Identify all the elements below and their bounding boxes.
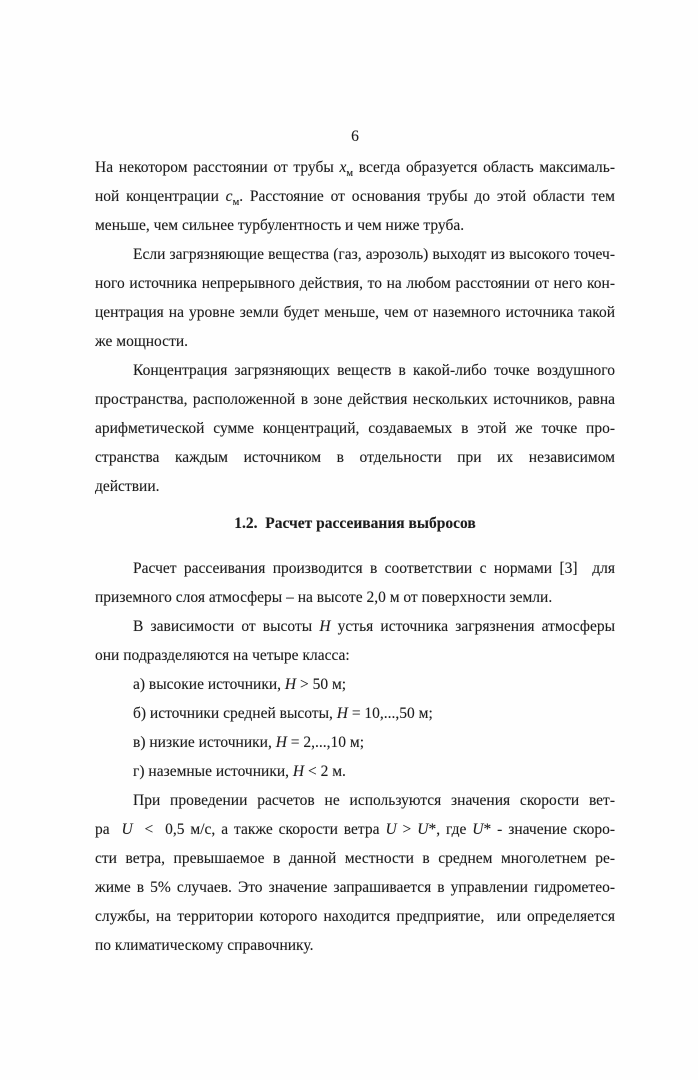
text-line: арифметической сумме концентраций, созда… <box>95 414 615 443</box>
text-segment: центрация на уровне земли будет меньше, … <box>95 304 615 321</box>
text-line: На некотором расстоянии от трубы xм всег… <box>95 153 615 182</box>
text-segment: = 10,...,50 м; <box>348 705 433 722</box>
text-line: ного источника непрерывного действия, то… <box>95 269 615 298</box>
page-content: 6 На некотором расстоянии от трубы xм вс… <box>95 122 615 960</box>
text-line: приземного слоя атмосферы – на высоте 2,… <box>95 583 615 612</box>
math-variable: U <box>385 821 396 838</box>
math-variable: H <box>337 705 348 722</box>
text-segment: в) низкие источники, <box>133 734 276 751</box>
text-line: Концентрация загрязняющих веществ в како… <box>95 356 615 385</box>
section-heading: 1.2. Расчет рассеивания выбросов <box>95 509 615 538</box>
text-segment: > <box>397 821 418 838</box>
text-segment: они подразделяются на четыре класса: <box>95 647 350 664</box>
text-segment: жиме в 5% случаев. Это значение запрашив… <box>95 879 615 896</box>
text-line: центрация на уровне земли будет меньше, … <box>95 298 615 327</box>
text-segment: < 2 м. <box>304 763 346 780</box>
text-segment: . Расстояние от основания трубы до этой … <box>239 188 615 205</box>
math-variable: H <box>293 763 304 780</box>
text-segment: ной концентрации <box>95 188 226 205</box>
page-number: 6 <box>95 122 615 151</box>
text-segment: В зависимости от высоты <box>133 618 319 635</box>
text-segment: г) наземные источники, <box>133 763 293 780</box>
text-segment: Расчет рассеивания производится в соотве… <box>133 560 615 577</box>
text-line: При проведении расчетов не используются … <box>95 786 615 815</box>
text-line: меньше, чем сильнее турбулентность и чем… <box>95 211 615 240</box>
document-body: На некотором расстоянии от трубы xм всег… <box>95 153 615 960</box>
text-segment: = 2,...,10 м; <box>287 734 364 751</box>
list-item: г) наземные источники, H < 2 м. <box>95 757 615 786</box>
text-segment: > 50 м; <box>296 676 346 693</box>
text-segment: < 0,5 м/с, а также скорости ветра <box>133 821 386 838</box>
text-segment: ра <box>95 821 121 838</box>
text-segment: б) источники средней высоты, <box>133 705 337 722</box>
text-line: по климатическому справочнику. <box>95 931 615 960</box>
list-item: б) источники средней высоты, H = 10,...,… <box>95 699 615 728</box>
math-variable: H <box>276 734 287 751</box>
text-segment: же мощности. <box>95 333 188 350</box>
math-variable: U <box>121 821 132 838</box>
text-segment: странства каждым источником в отдельност… <box>95 449 615 466</box>
scanned-page: 6 На некотором расстоянии от трубы xм вс… <box>0 0 698 1080</box>
text-segment: по климатическому справочнику. <box>95 937 313 954</box>
text-segment: службы, на территории которого находится… <box>95 908 615 925</box>
text-line: ра U < 0,5 м/с, а также скорости ветра U… <box>95 815 615 844</box>
text-segment: При проведении расчетов не используются … <box>133 792 615 809</box>
text-line: же мощности. <box>95 327 615 356</box>
text-segment: арифметической сумме концентраций, созда… <box>95 420 615 437</box>
text-segment: ного источника непрерывного действия, то… <box>95 275 615 292</box>
text-line: сти ветра, превышаемое в данной местност… <box>95 844 615 873</box>
text-segment: устья источника загрязнения атмосферы <box>331 618 615 635</box>
text-segment: *, где <box>428 821 472 838</box>
text-line: ной концентрации cм. Расстояние от основ… <box>95 182 615 211</box>
math-variable: H <box>319 618 330 635</box>
text-line: жиме в 5% случаев. Это значение запрашив… <box>95 873 615 902</box>
text-segment: сти ветра, превышаемое в данной местност… <box>95 850 615 867</box>
text-segment: * - значение скоро- <box>483 821 615 838</box>
text-line: службы, на территории которого находится… <box>95 902 615 931</box>
text-line: Если загрязняющие вещества (газ, аэрозол… <box>95 240 615 269</box>
text-segment: действии. <box>95 478 160 495</box>
text-segment: а) высокие источники, <box>133 676 285 693</box>
text-line: действии. <box>95 472 615 501</box>
text-segment: Если загрязняющие вещества (газ, аэрозол… <box>133 246 615 263</box>
text-segment: На некотором расстоянии от трубы <box>95 159 339 176</box>
math-variable: c <box>226 188 233 205</box>
text-segment: всегда образуется область максималь- <box>353 159 615 176</box>
math-variable: H <box>285 676 296 693</box>
math-variable: U <box>472 821 483 838</box>
math-variable: U <box>417 821 428 838</box>
text-segment: меньше, чем сильнее турбулентность и чем… <box>95 217 464 234</box>
text-line: странства каждым источником в отдельност… <box>95 443 615 472</box>
text-line: В зависимости от высоты H устья источник… <box>95 612 615 641</box>
text-line: Расчет рассеивания производится в соотве… <box>95 554 615 583</box>
text-segment: пространства, расположенной в зоне дейст… <box>95 391 615 408</box>
text-segment: приземного слоя атмосферы – на высоте 2,… <box>95 589 552 606</box>
list-item: в) низкие источники, H = 2,...,10 м; <box>95 728 615 757</box>
list-item: а) высокие источники, H > 50 м; <box>95 670 615 699</box>
text-segment: Концентрация загрязняющих веществ в како… <box>133 362 615 379</box>
text-line: они подразделяются на четыре класса: <box>95 641 615 670</box>
text-line: пространства, расположенной в зоне дейст… <box>95 385 615 414</box>
